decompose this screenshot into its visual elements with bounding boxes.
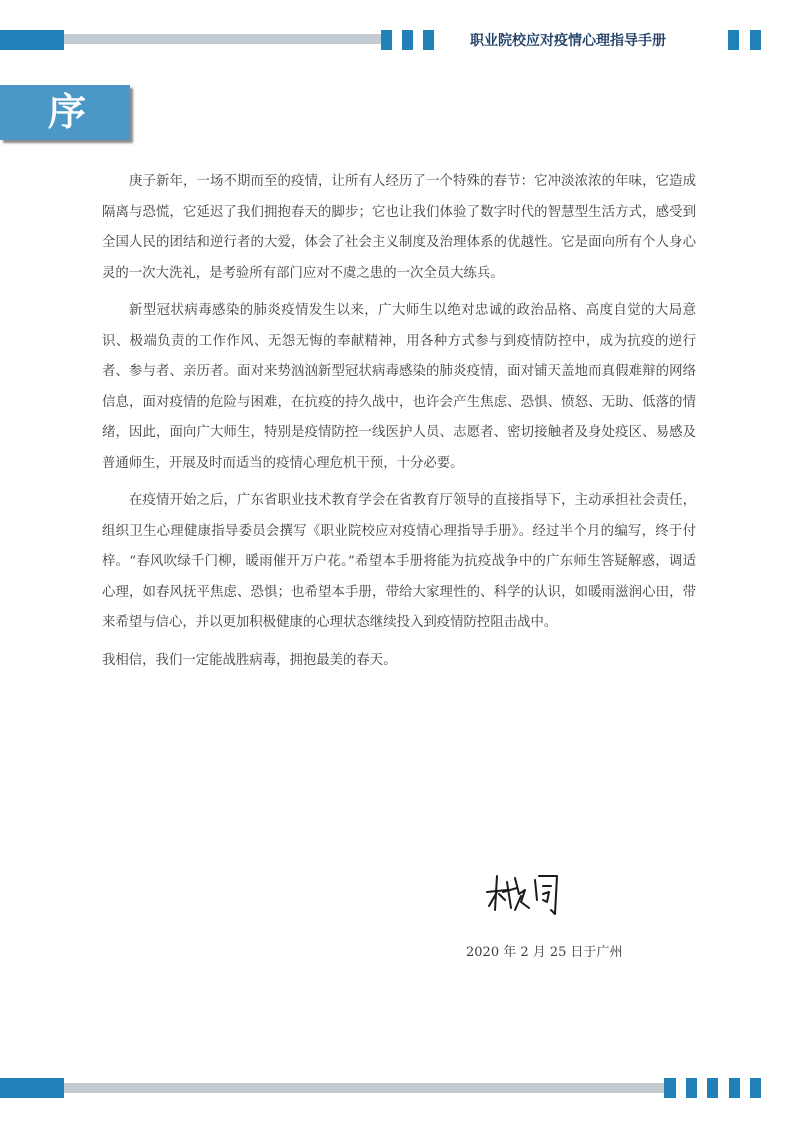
paragraph-3: 在疫情开始之后，广东省职业技术教育学会在省教育厅领导的直接指导下，主动承担社会责…	[102, 486, 696, 639]
signature-icon	[485, 870, 575, 922]
section-heading-box: 序	[0, 85, 130, 140]
header-square-2	[402, 30, 413, 50]
header-square-5	[750, 30, 761, 50]
header-square-3	[423, 30, 434, 50]
footer-square-5	[750, 1078, 761, 1098]
paragraph-4: 我相信，我们一定能战胜病毒，拥抱最美的春天。	[102, 646, 696, 677]
paragraph-1: 庚子新年，一场不期而至的疫情，让所有人经历了一个特殊的春节：它冲淡浓浓的年味，它…	[102, 167, 696, 289]
footer-accent-block-left	[0, 1078, 64, 1098]
signature-date-place: 2020 年 2 月 25 日于广州	[466, 941, 623, 960]
footer-gray-rule	[64, 1083, 664, 1093]
header-square-1	[381, 30, 392, 50]
footer-square-1	[664, 1078, 676, 1098]
preface-body: 庚子新年，一场不期而至的疫情，让所有人经历了一个特殊的春节：它冲淡浓浓的年味，它…	[102, 167, 696, 683]
footer-square-4	[729, 1078, 740, 1098]
footer-square-2	[686, 1078, 697, 1098]
section-title: 序	[48, 89, 86, 135]
header-gray-rule	[64, 34, 381, 44]
header-square-4	[728, 30, 739, 50]
footer-square-3	[707, 1078, 718, 1098]
header-accent-block-left	[0, 30, 64, 50]
running-header-title: 职业院校应对疫情心理指导手册	[470, 31, 690, 51]
paragraph-2: 新型冠状病毒感染的肺炎疫情发生以来，广大师生以绝对忠诚的政治品格、高度自觉的大局…	[102, 296, 696, 479]
